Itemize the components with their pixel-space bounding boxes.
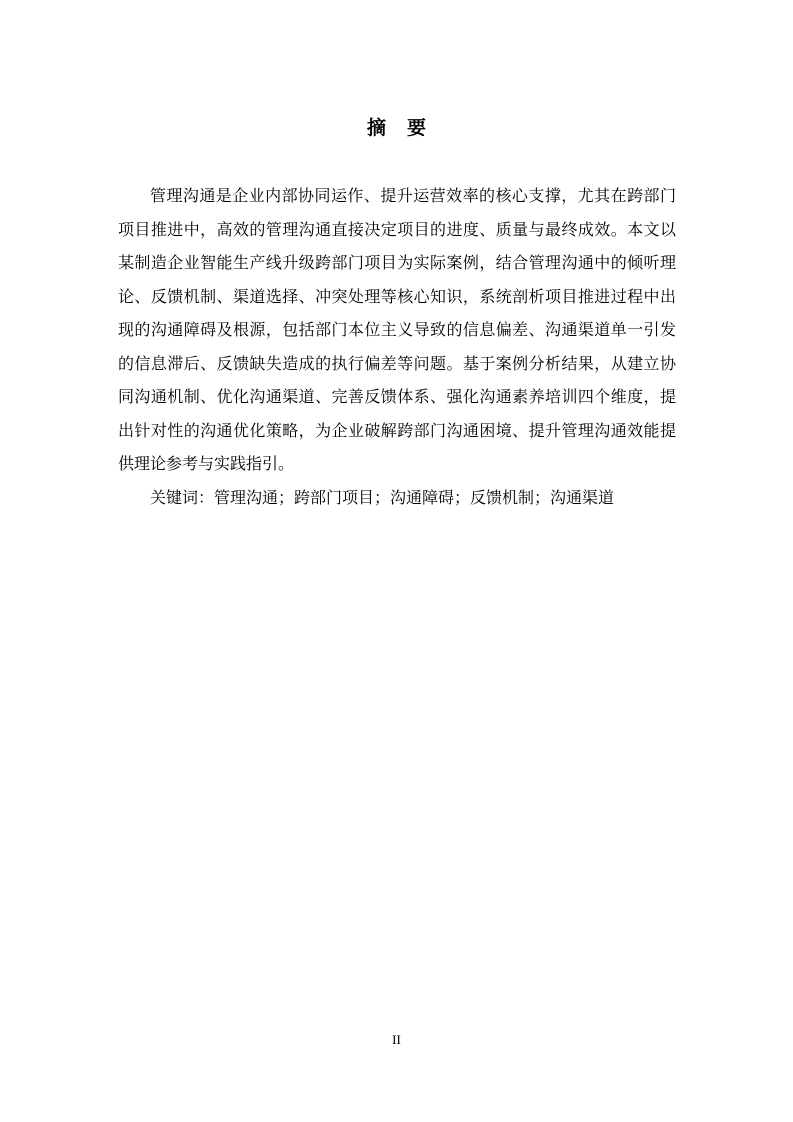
abstract-title: 摘 要 xyxy=(118,112,676,146)
abstract-paragraph: 管理沟通是企业内部协同运作、提升运营效率的核心支撑，尤其在跨部门项目推进中，高效… xyxy=(118,180,676,482)
keywords-line: 关键词：管理沟通；跨部门项目；沟通障碍；反馈机制；沟通渠道 xyxy=(118,482,676,516)
document-page: 摘 要 管理沟通是企业内部协同运作、提升运营效率的核心支撑，尤其在跨部门项目推进… xyxy=(0,0,793,1122)
page-number: II xyxy=(0,1032,793,1048)
page-content: 摘 要 管理沟通是企业内部协同运作、提升运营效率的核心支撑，尤其在跨部门项目推进… xyxy=(118,0,676,515)
